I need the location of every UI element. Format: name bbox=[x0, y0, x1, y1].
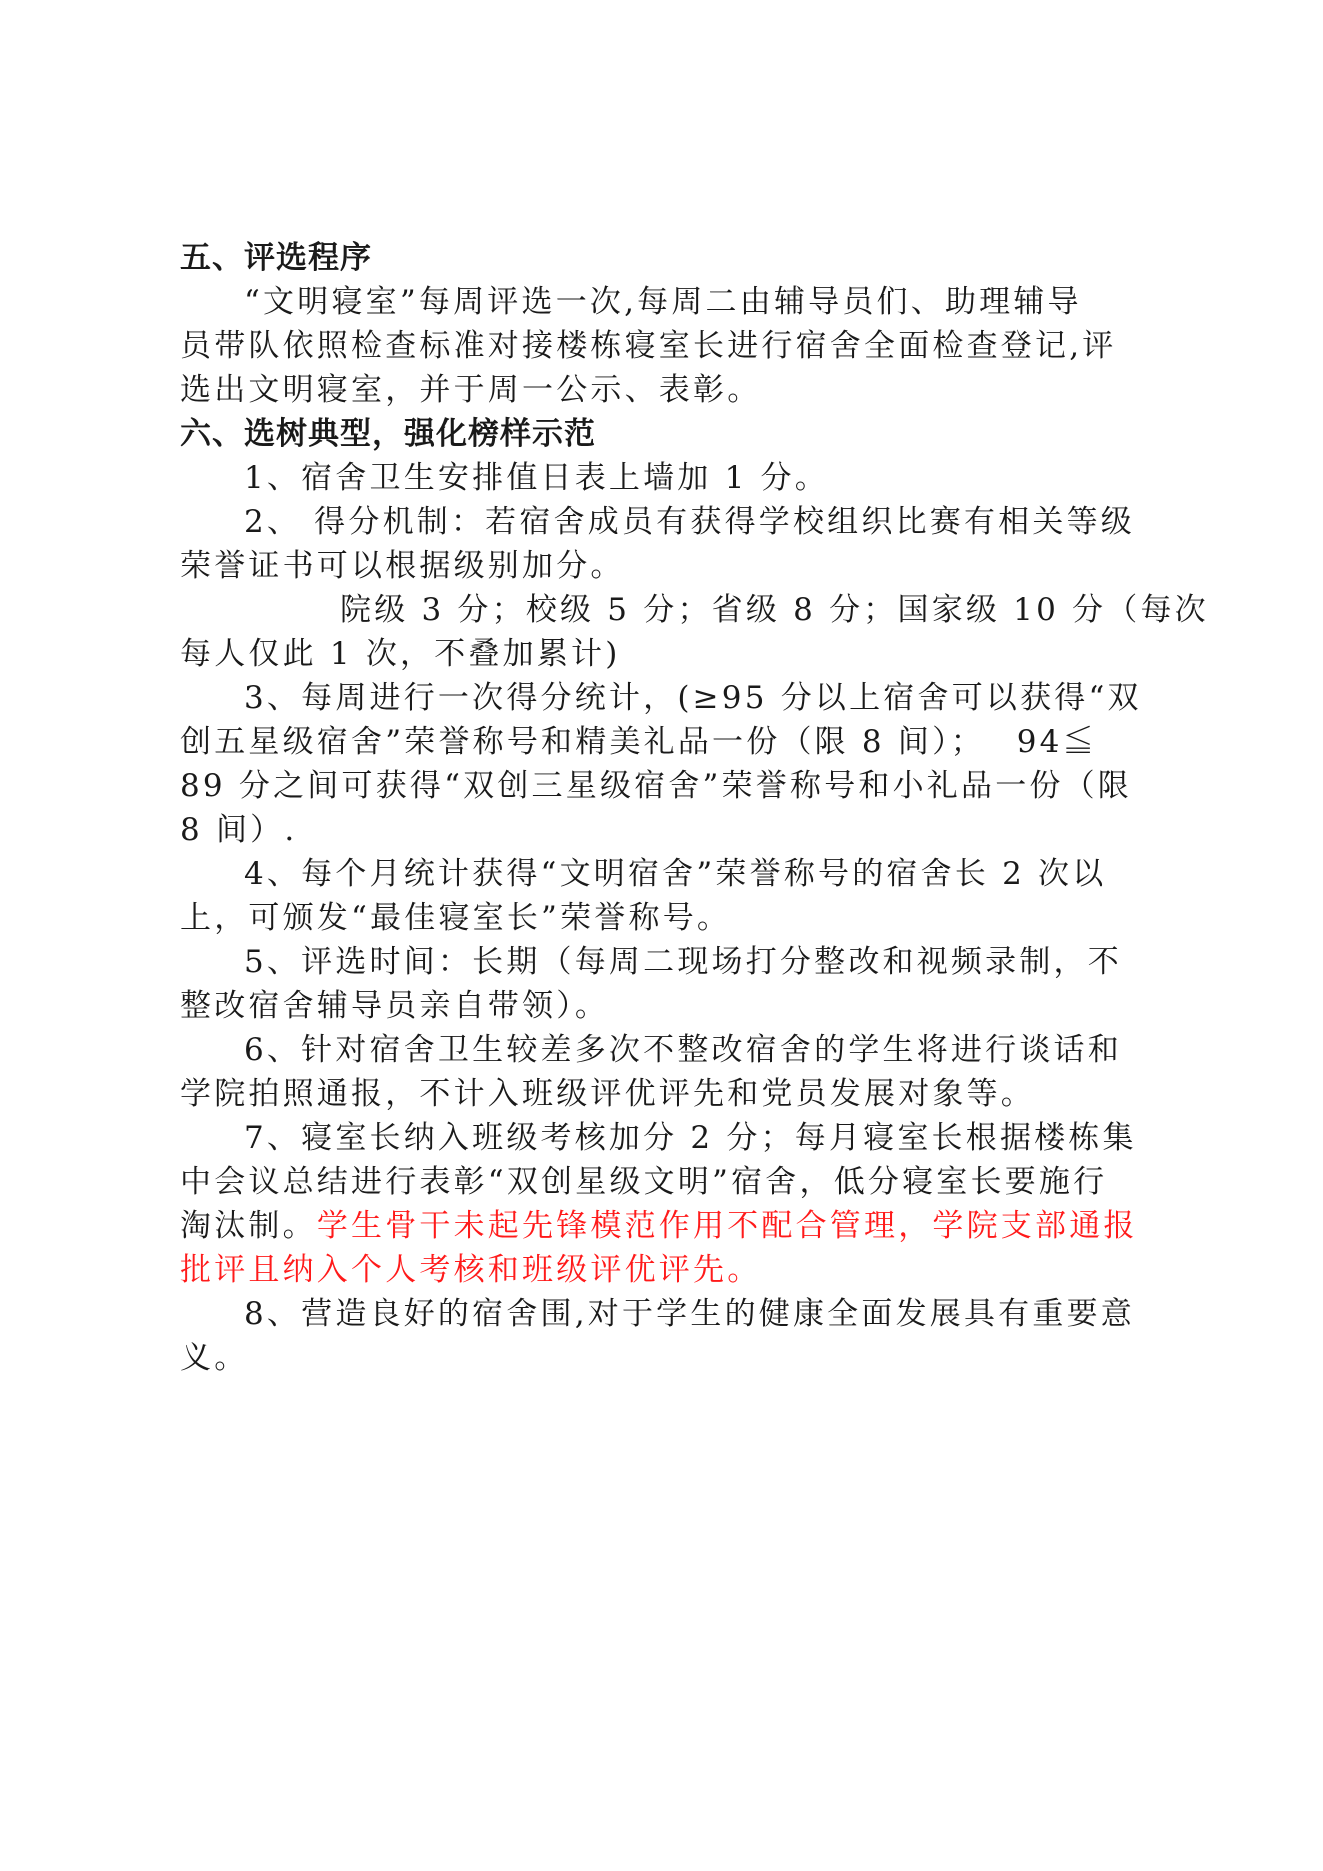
paragraph-line-mixed: 淘汰制。学生骨干未起先锋模范作用不配合管理，学院支部通报 bbox=[180, 1204, 1138, 1248]
list-item-3: 3、每周进行一次得分统计，(≥95 分以上宿舍可以获得“双 bbox=[244, 676, 1142, 720]
paragraph-line: 上，可颁发“最佳寝室长”荣誉称号。 bbox=[180, 896, 731, 940]
paragraph-line: 创五星级宿舍”荣誉称号和精美礼品一份（限 8 间）； 94≦ bbox=[180, 720, 1097, 764]
paragraph-line: 89 分之间可获得“双创三星级宿舍”荣誉称号和小礼品一份（限 bbox=[180, 764, 1132, 808]
list-item-7: 7、寝室长纳入班级考核加分 2 分；每月寝室长根据楼栋集 bbox=[244, 1116, 1137, 1160]
list-item-2: 2、 得分机制：若宿舍成员有获得学校组织比赛有相关等级 bbox=[244, 500, 1135, 544]
list-item-4: 4、每个月统计获得“文明宿舍”荣誉称号的宿舍长 2 次以 bbox=[244, 852, 1106, 896]
paragraph-line: 中会议总结进行表彰“双创星级文明”宿舍，低分寝室长要施行 bbox=[180, 1160, 1107, 1204]
list-item-6: 6、针对宿舍卫生较差多次不整改宿舍的学生将进行谈话和 bbox=[244, 1028, 1122, 1072]
section-heading-5: 五、评选程序 bbox=[180, 236, 372, 280]
paragraph-line: 选出文明寝室，并于周一公示、表彰。 bbox=[180, 368, 761, 412]
paragraph-text: 淘汰制。 bbox=[180, 1208, 317, 1244]
paragraph-line: 学院拍照通报，不计入班级评优评先和党员发展对象等。 bbox=[180, 1072, 1035, 1116]
paragraph-line: 每人仅此 1 次，不叠加累计) bbox=[180, 632, 621, 676]
highlighted-warning-text: 批评且纳入个人考核和班级评优评先。 bbox=[180, 1248, 761, 1292]
list-item-1: 1、宿舍卫生安排值日表上墙加 1 分。 bbox=[244, 456, 829, 500]
paragraph-line: “文明寝室”每周评选一次,每周二由辅导员们、助理辅导 bbox=[244, 280, 1082, 324]
paragraph-line: 员带队依照检查标准对接楼栋寝室长进行宿舍全面检查登记,评 bbox=[180, 324, 1116, 368]
list-item-8: 8、营造良好的宿舍围,对于学生的健康全面发展具有重要意 bbox=[244, 1292, 1135, 1336]
highlighted-warning-text: 学生骨干未起先锋模范作用不配合管理，学院支部通报 bbox=[317, 1208, 1138, 1244]
paragraph-line: 荣誉证书可以根据级别加分。 bbox=[180, 544, 625, 588]
list-item-5: 5、评选时间：长期（每周二现场打分整改和视频录制，不 bbox=[244, 940, 1122, 984]
paragraph-line: 8 间）. bbox=[180, 808, 297, 852]
paragraph-line: 义。 bbox=[180, 1336, 248, 1380]
section-heading-6: 六、选树典型，强化榜样示范 bbox=[180, 412, 596, 456]
score-levels-line: 院级 3 分；校级 5 分；省级 8 分；国家级 10 分（每次 bbox=[340, 588, 1209, 632]
paragraph-line: 整改宿舍辅导员亲自带领）。 bbox=[180, 984, 609, 1028]
